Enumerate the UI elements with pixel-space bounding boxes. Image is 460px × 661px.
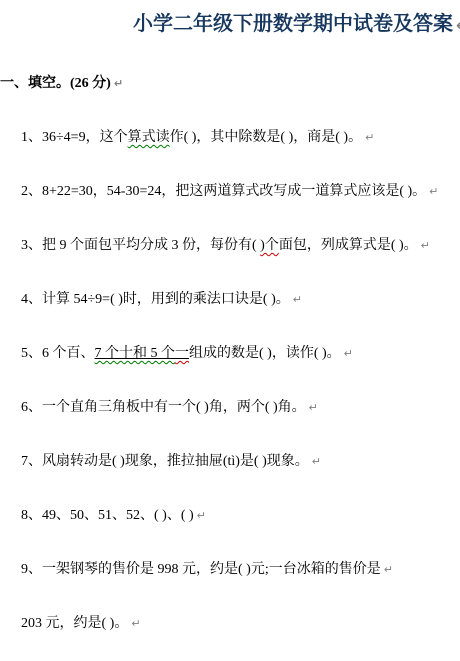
questions-list: 1、36÷4=9，这个算式读作( )，其中除数是( )，商是( )。↵2、8+2… <box>0 129 460 633</box>
question-text-segment: 7 个十和 5 个 <box>95 346 176 361</box>
return-mark-icon: ↵ <box>312 455 321 468</box>
question-text-segment: 面包，列成算式是( )。 <box>279 238 418 253</box>
page-title-text: 小学二年级下册数学期中试卷及答案 <box>133 13 453 35</box>
return-mark-icon: ↵ <box>421 239 430 252</box>
question-line: 9、一架钢琴的售价是 998 元，约是( )元;一台冰箱的售价是↵ <box>21 561 460 579</box>
question-text-segment: 9、一架钢琴的售价是 998 元，约是( )元;一台冰箱的售价是 <box>21 562 381 577</box>
question-text-segment: 3、把 9 个面包平均分成 3 份，每份有( <box>21 238 260 253</box>
question-text-segment: 4、计算 54÷9=( )时，用到的乘法口诀是( )。 <box>21 292 290 307</box>
question-line: 4、计算 54÷9=( )时，用到的乘法口诀是( )。↵ <box>21 291 460 309</box>
question-text-segment: 算式读 <box>128 130 170 145</box>
question-text-segment: 8、49、50、51、52、( )、( ) <box>21 508 194 523</box>
question-line: 6、一个直角三角板中有一个( )角，两个( )角。↵ <box>21 399 460 417</box>
document-page: 小学二年级下册数学期中试卷及答案↵ 一、填空。(26 分)↵ 1、36÷4=9，… <box>0 0 460 661</box>
question-line: 7、风扇转动是( )现象，推拉抽屉(tì)是( )现象。↵ <box>21 453 460 471</box>
return-mark-icon: ↵ <box>384 563 393 576</box>
question-text-segment: 7 个十和 5 个 <box>95 346 176 361</box>
question-text-segment: 一 <box>175 346 189 361</box>
question-text-segment: 5、6 个百、 <box>21 346 95 361</box>
return-mark-icon: ↵ <box>114 77 123 90</box>
question-text-segment: 7、风扇转动是( )现象，推拉抽屉(tì)是( )现象。 <box>21 454 309 469</box>
return-mark-icon: ↵ <box>456 18 460 34</box>
question-text-segment: 2、8+22=30，54-30=24，把这两道算式改写成一道算式应该是( )。 <box>21 184 426 199</box>
question-text-segment: 作( )，其中除数是( )，商是( )。 <box>170 130 362 145</box>
return-mark-icon: ↵ <box>293 293 302 306</box>
return-mark-icon: ↵ <box>197 509 206 522</box>
return-mark-icon: ↵ <box>131 617 140 630</box>
question-text-segment: )个 <box>260 238 279 253</box>
question-line: 5、6 个百、7 个十和 5 个一组成的数是( )，读作( )。↵ <box>21 345 460 363</box>
section-header-label: 一、填空。(26 分) <box>0 76 111 91</box>
question-text-segment: 一 <box>175 346 189 361</box>
question-line: 1、36÷4=9，这个算式读作( )，其中除数是( )，商是( )。↵ <box>21 129 460 147</box>
question-line: 2、8+22=30，54-30=24，把这两道算式改写成一道算式应该是( )。↵ <box>21 183 460 201</box>
return-mark-icon: ↵ <box>365 131 374 144</box>
question-line: 203 元，约是( )。↵ <box>21 615 460 633</box>
question-text-segment: 组成的数是( )，读作( )。 <box>189 346 341 361</box>
section-header: 一、填空。(26 分)↵ <box>0 75 460 93</box>
return-mark-icon: ↵ <box>309 401 318 414</box>
page-title: 小学二年级下册数学期中试卷及答案↵ <box>133 10 460 40</box>
return-mark-icon: ↵ <box>429 185 438 198</box>
question-text-segment: 1、36÷4=9，这个 <box>21 130 128 145</box>
return-mark-icon: ↵ <box>344 347 353 360</box>
question-text-segment: 6、一个直角三角板中有一个( )角，两个( )角。 <box>21 400 306 415</box>
question-text-segment: 203 元，约是( )。 <box>21 616 128 631</box>
question-line: 8、49、50、51、52、( )、( )↵ <box>21 507 460 525</box>
question-line: 3、把 9 个面包平均分成 3 份，每份有( )个面包，列成算式是( )。↵ <box>21 237 460 255</box>
